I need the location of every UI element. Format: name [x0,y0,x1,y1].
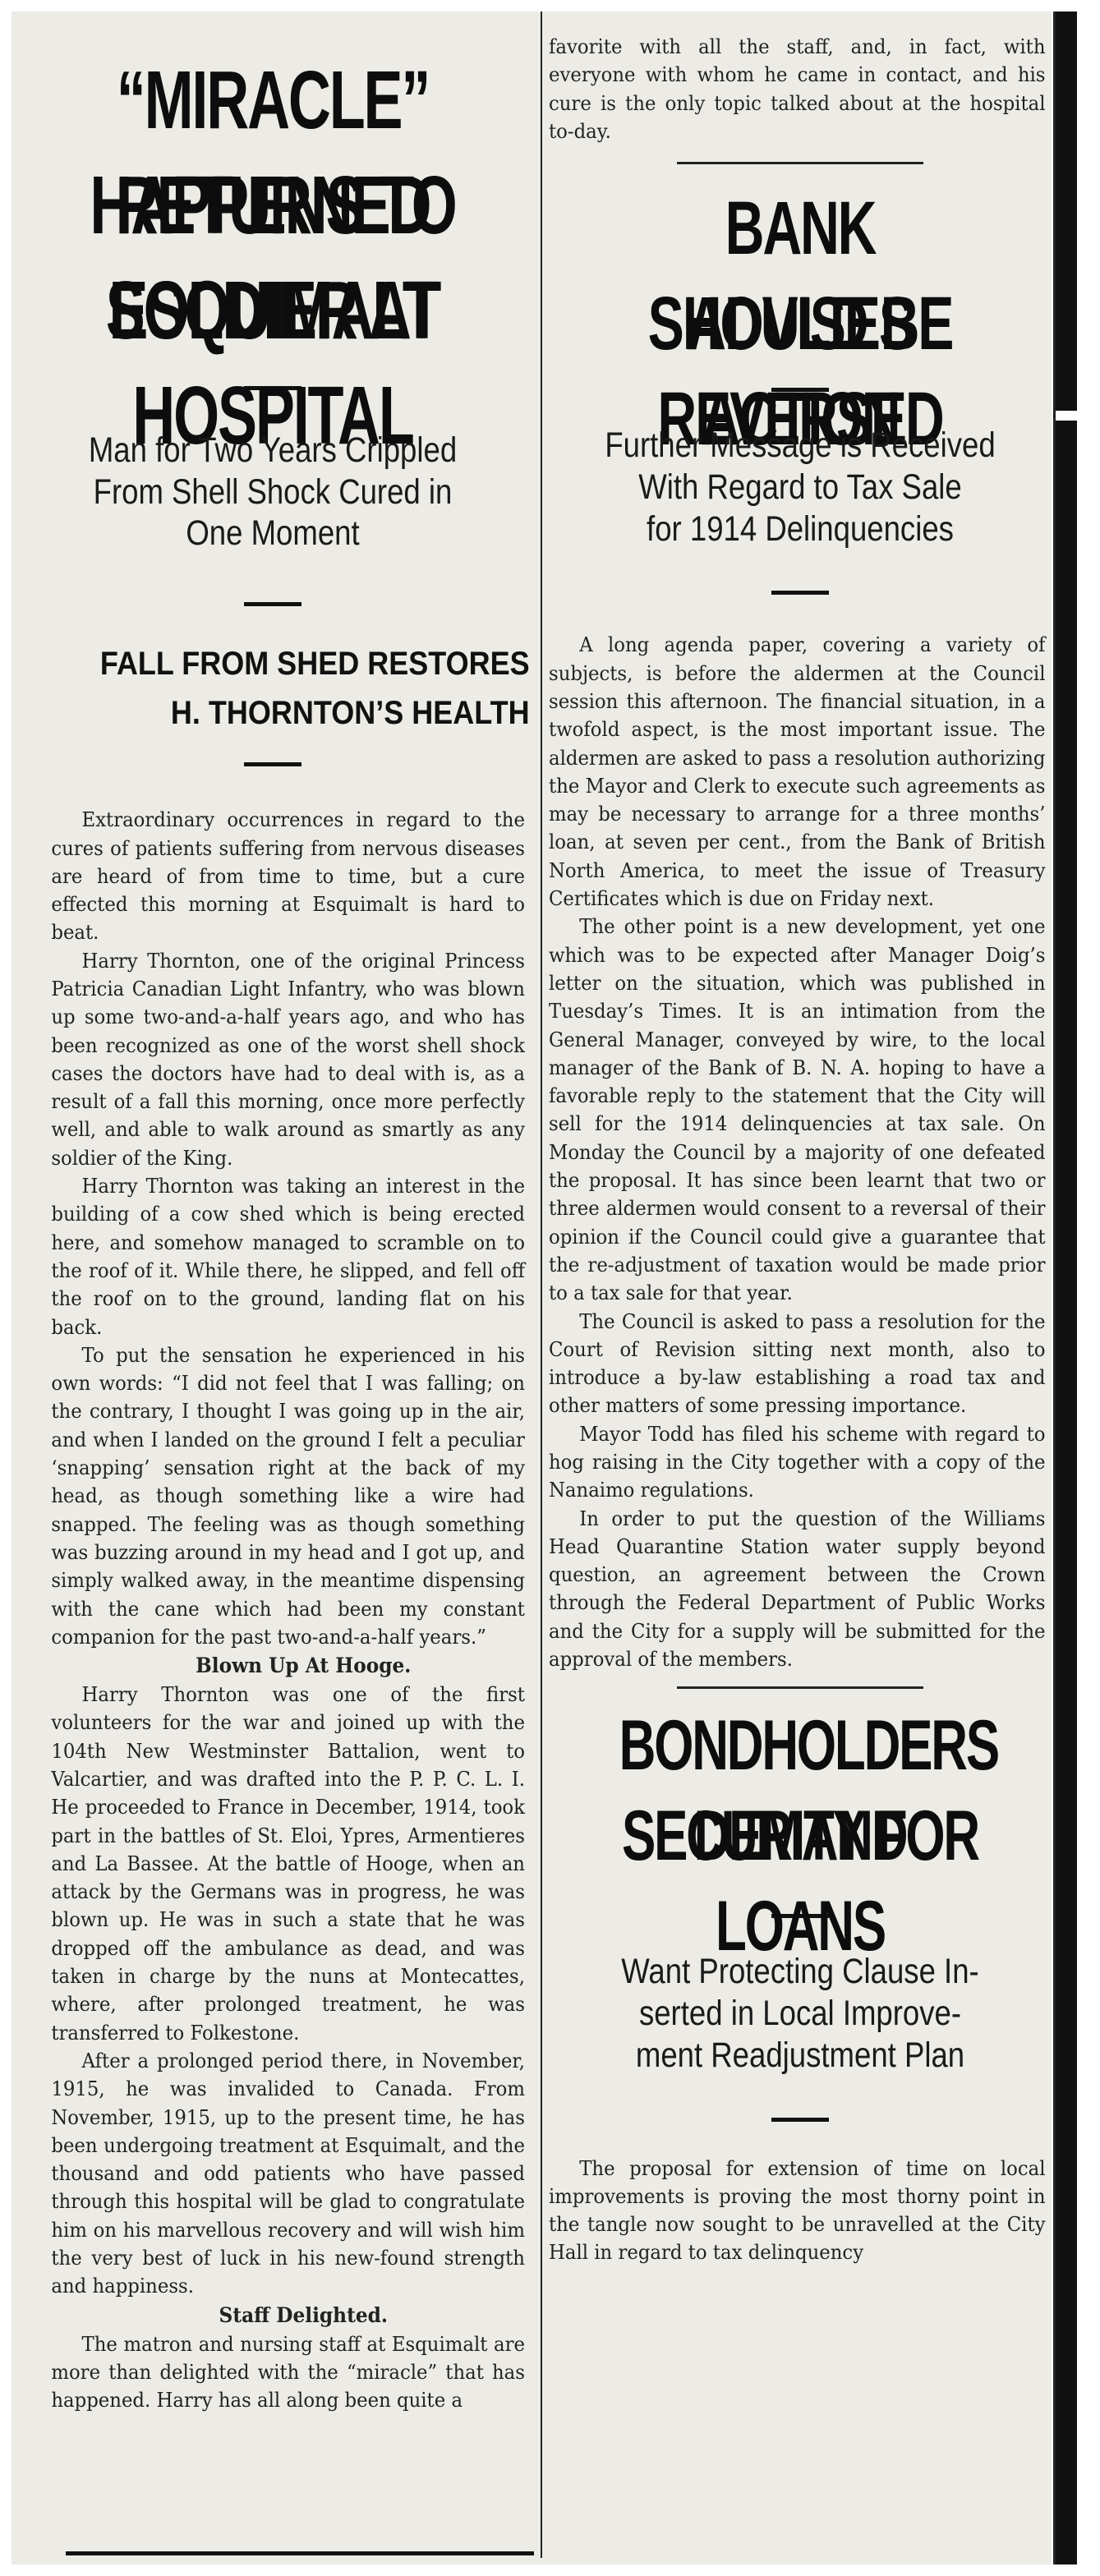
paragraph: Extraordinary occurrences in regard to t… [51,806,525,946]
headline-line: SHOULD BE REVERSED [619,276,982,371]
bond-article-body: The proposal for extension of time on lo… [549,2155,1046,2267]
miracle-deck: Man for Two Years Crippled From Shell Sh… [12,430,534,554]
newspaper-clipping: “MIRACLE” HAPPENS TO RETURNED SOLDIER AT… [12,11,1052,2564]
paragraph: Harry Thornton was one of the first volu… [51,1681,525,2047]
deck-line: Man for Two Years Crippled [51,430,495,471]
headline-line: H. THORNTON’S HEALTH [64,688,534,738]
headline-line: SECURITY FOR LOANS [619,1791,982,1881]
bank-article-body: A long agenda paper, covering a variety … [549,631,1046,1673]
bond-deck: Want Protecting Clause In- serted in Loc… [549,1951,1052,2076]
bank-headline: BANK ADVISES ACTION SHOULD BE REVERSED [549,181,1052,371]
headline-line: BANK ADVISES ACTION [619,181,982,276]
paragraph: Harry Thornton was taking an interest in… [51,1172,525,1341]
paragraph: Mayor Todd has filed his scheme with reg… [549,1420,1046,1505]
left-column: “MIRACLE” HAPPENS TO RETURNED SOLDIER AT… [12,11,534,2415]
paragraph: In order to put the question of the Will… [549,1505,1046,1674]
deck-line: Want Protecting Clause In- [587,1951,1014,1993]
deck-line: With Regard to Tax Sale [587,467,1014,508]
paragraph: The other point is a new development, ye… [549,913,1046,1307]
miracle-article-continuation: favorite with all the staff, and, in fac… [549,33,1046,145]
deck-line: One Moment [51,513,495,554]
subhead-blown-up: Blown Up At Hooge. [51,1651,525,1681]
paragraph: After a prolonged period there, in Novem… [51,2047,525,2301]
headline-line: “MIRACLE” HAPPENS TO [85,48,461,153]
deck-line: ment Readjustment Plan [587,2035,1014,2077]
miracle-headline: “MIRACLE” HAPPENS TO RETURNED SOLDIER AT… [12,48,534,363]
headline-line: FALL FROM SHED RESTORES [64,639,534,688]
paragraph: favorite with all the staff, and, in fac… [549,33,1046,145]
page-edge-border [1056,11,1077,2564]
paragraph: Harry Thornton, one of the original Prin… [51,947,525,1172]
paragraph: The matron and nursing staff at Esquimal… [51,2330,525,2415]
paragraph: To put the sensation he experienced in h… [51,1341,525,1651]
paragraph: A long agenda paper, covering a variety … [549,631,1046,913]
deck-line: for 1914 Delinquencies [587,508,1014,550]
subhead-staff-delighted: Staff Delighted. [51,2301,525,2330]
headline-line: BONDHOLDERS DEMAND [619,1700,982,1791]
column-rule [541,11,542,2558]
paragraph: The proposal for extension of time on lo… [549,2155,1046,2267]
page-edge-gap [1056,411,1077,421]
paragraph: The Council is asked to pass a resolutio… [549,1308,1046,1420]
miracle-article-body: Extraordinary occurrences in regard to t… [12,806,525,2414]
headline-line: RETURNED SOLDIER AT [85,153,461,258]
bank-deck: Further Message is Received With Regard … [549,425,1052,550]
deck-line: Further Message is Received [587,425,1014,467]
deck-line: serted in Local Improve- [587,1993,1014,2035]
deck-line: From Shell Shock Cured in [51,471,495,513]
bottom-rule [66,2551,534,2555]
headline-line: ESQUIMALT HOSPITAL [85,258,461,363]
fall-headline: FALL FROM SHED RESTORES H. THORNTON’S HE… [12,639,534,738]
bond-headline: BONDHOLDERS DEMAND SECURITY FOR LOANS [549,1700,1052,1881]
right-column: favorite with all the staff, and, in fac… [549,11,1052,2267]
